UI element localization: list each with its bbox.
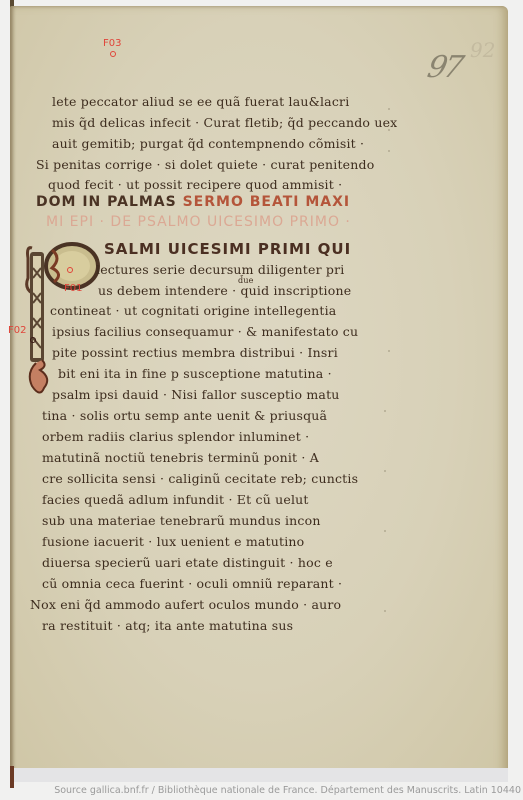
annotation-marker-f01[interactable] <box>67 267 73 273</box>
text-line: pite possint rectius membra distribui · … <box>52 345 338 360</box>
text-line: bit eni ita in fine p susceptione matuti… <box>58 366 332 381</box>
rubric-heading-line-1: DOM IN PALMAS SERMO BEATI MAXI <box>36 194 350 210</box>
annotation-marker-f03[interactable] <box>110 51 116 57</box>
source-credit: Source gallica.bnf.fr / Bibliothèque nat… <box>54 785 521 796</box>
text-line: cre sollicita sensi · caliginũ cecitate … <box>42 471 358 486</box>
text-line: psalm ipsi dauid · Nisi fallor susceptio… <box>52 387 340 402</box>
text-line: sub una materiae tenebrarũ mundus incon <box>42 513 321 528</box>
text-line: mis q̃d delicas infecit · Curat fletib; … <box>52 115 397 130</box>
rubric-dark: DOM IN PALMAS <box>36 194 177 210</box>
binding-edge-bottom <box>10 766 14 788</box>
text-line: us debem intendere · quid inscriptione <box>98 283 351 298</box>
text-line: ra restituit · atq; ita ante matutina su… <box>42 618 293 633</box>
text-line: Si penitas corrige · si dolet quiete · c… <box>36 157 374 172</box>
text-line: contineat · ut cognitati origine intelle… <box>50 303 336 318</box>
pricking-dot <box>384 410 386 412</box>
text-line: auit gemitib; purgat q̃d contempnendo cõ… <box>52 136 364 151</box>
text-line: orbem radiis clarius splendor inluminet … <box>42 429 309 444</box>
text-line: facies quedã adlum infundit · Et cũ uelu… <box>42 492 309 507</box>
rubric-red: SERMO BEATI MAXI <box>183 194 351 210</box>
text-line: lete peccator aliud se ee quã fuerat lau… <box>52 94 349 109</box>
text-line: cũ omnia ceca fuerint · oculi omniũ repa… <box>42 576 342 591</box>
text-line: tina · solis ortu semp ante uenit & priu… <box>42 408 327 423</box>
pricking-dot <box>384 470 386 472</box>
annotation-label-f03: F03 <box>103 38 121 49</box>
annotation-marker-f02[interactable] <box>30 337 36 343</box>
pricking-dot <box>388 150 390 152</box>
text-line: matutinã noctiũ tenebris terminũ ponit ·… <box>42 450 319 465</box>
text-line: lectures serie decursum diligenter pri <box>96 262 345 277</box>
page-shadow <box>14 768 508 782</box>
text-line: diuersa specierũ uari etate distinguit ·… <box>42 555 333 570</box>
manuscript-viewer: 92 97 lete peccator aliud se ee quã fuer… <box>0 0 523 800</box>
text-line: ipsius facilius consequamur · & manifest… <box>52 324 358 339</box>
text-line: fusione iacuerit · lux uenient e matutin… <box>42 534 304 549</box>
old-folio-number: 92 <box>470 38 495 62</box>
pricking-dot <box>384 610 386 612</box>
rubric-heading-line-2: MI EPI · DE PSALMO UICESIMO PRIMO · <box>46 214 351 230</box>
pricking-dot <box>388 108 390 110</box>
pricking-dot <box>388 350 390 352</box>
rubric-heading-line-3: SALMI UICESIMI PRIMI QUI <box>104 240 351 258</box>
text-line: quod fecit · ut possit recipere quod amm… <box>48 177 342 192</box>
text-line: Nox eni q̃d ammodo aufert oculos mundo ·… <box>30 597 341 612</box>
annotation-label-f01: F01 <box>64 283 82 294</box>
pricking-dot <box>384 530 386 532</box>
annotation-label-f02: F02 <box>8 325 26 336</box>
